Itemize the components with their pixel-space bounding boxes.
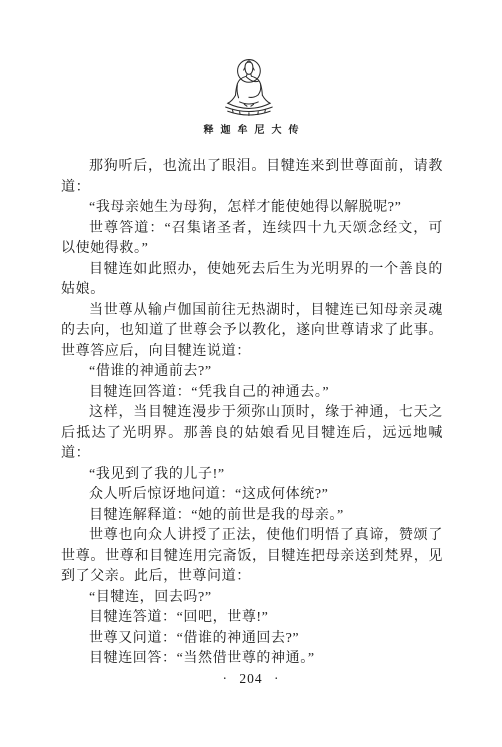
paragraph: 目犍连如此照办，使她死去后生为光明界的一个善良的姑娘。 <box>61 260 443 301</box>
page-number: · 204 · <box>0 671 502 687</box>
book-title-caption: 释迦牟尼大传 <box>0 121 502 136</box>
paragraph: 目犍连答道：“回吧，世尊!” <box>61 608 443 629</box>
paragraph: 目犍连解释道：“她的前世是我的母亲。” <box>61 506 443 527</box>
paragraph: “借谁的神通前去?” <box>61 362 443 383</box>
paragraph: “我见到了我的儿子!” <box>61 465 443 486</box>
paragraph: 当世尊从输卢伽国前往无热湖时，目犍连已知母亲灵魂的去向，也知道了世尊会予以教化，… <box>61 301 443 363</box>
paragraph: 众人听后惊讶地问道：“这成何体统?” <box>61 485 443 506</box>
paragraph: 那狗听后，也流出了眼泪。目犍连来到世尊面前，请教道： <box>61 157 443 198</box>
book-page: 释迦牟尼大传 那狗听后，也流出了眼泪。目犍连来到世尊面前，请教道： “我母亲她生… <box>0 0 502 747</box>
paragraph: 这样，当目犍连漫步于须弥山顶时，缘于神通，七天之后抵达了光明界。那善良的姑娘看见… <box>61 403 443 465</box>
paragraph: “目犍连，回去吗?” <box>61 588 443 609</box>
buddha-icon <box>216 58 286 120</box>
paragraph: 世尊又问道：“借谁的神通回去?” <box>61 629 443 650</box>
body-text: 那狗听后，也流出了眼泪。目犍连来到世尊面前，请教道： “我母亲她生为母狗，怎样才… <box>61 157 443 670</box>
paragraph: 目犍连回答道：“凭我自己的神通去。” <box>61 383 443 404</box>
paragraph: “我母亲她生为母狗，怎样才能使她得以解脱呢?” <box>61 198 443 219</box>
buddha-illustration <box>0 58 502 120</box>
paragraph: 世尊答道：“召集诸圣者，连续四十九天颂念经文，可以使她得救。” <box>61 219 443 260</box>
paragraph: 世尊也向众人讲授了正法，使他们明悟了真谛，赞颂了世尊。世尊和目犍连用完斋饭，目犍… <box>61 526 443 588</box>
paragraph: 目犍连回答：“当然借世尊的神通。” <box>61 649 443 670</box>
